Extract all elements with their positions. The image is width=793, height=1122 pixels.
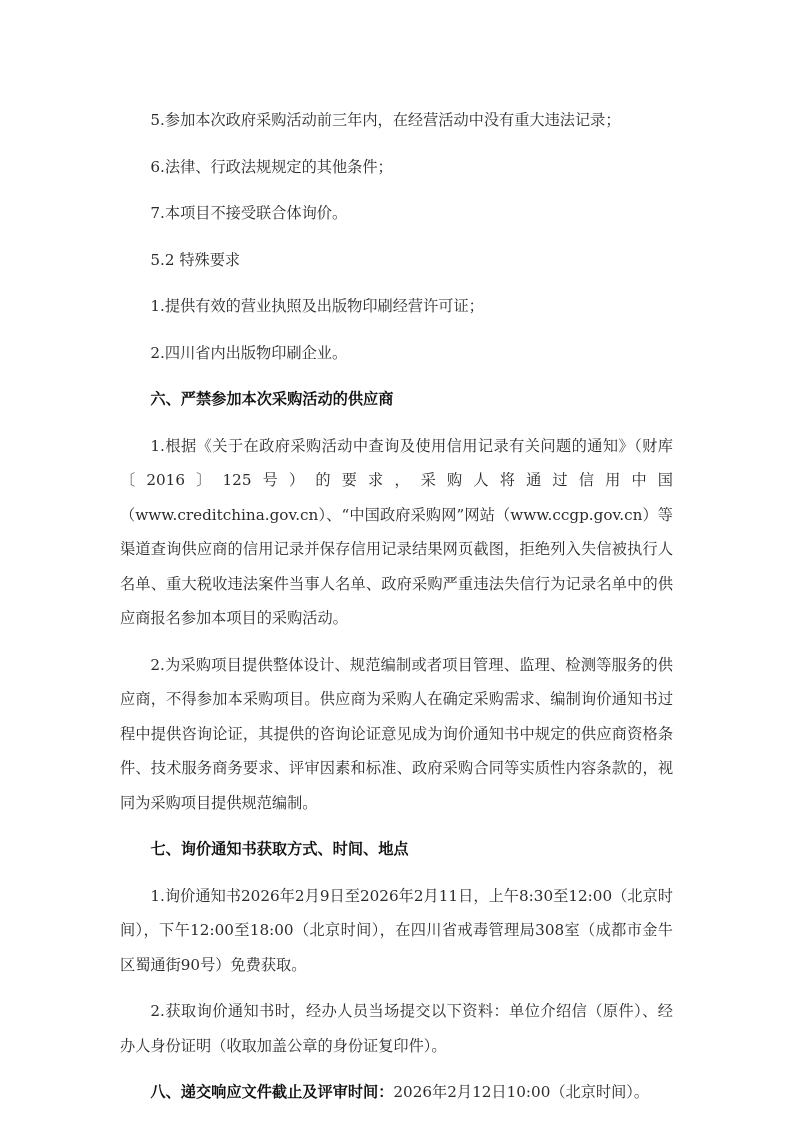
section-7-paragraph-1: 1.询价通知书2026年2月9日至2026年2月11日，上午8:30至12:00… <box>120 879 673 983</box>
section-8: 八、递交响应文件截止及评审时间：2026年2月12日10:00（北京时间）。 <box>120 1075 673 1110</box>
special-requirement-1: 1.提供有效的营业执照及出版物印刷经营许可证； <box>120 289 673 324</box>
requirement-item-5: 5.参加本次政府采购活动前三年内，在经营活动中没有重大违法记录； <box>120 103 673 138</box>
special-requirement-2: 2.四川省内出版物印刷企业。 <box>120 336 673 371</box>
special-requirements-title: 5.2 特殊要求 <box>120 243 673 278</box>
document-page: 5.参加本次政府采购活动前三年内，在经营活动中没有重大违法记录； 6.法律、行政… <box>120 103 673 1110</box>
section-6-paragraph-1: 1.根据《关于在政府采购活动中查询及使用信用记录有关问题的通知》（财库〔2016… <box>120 429 673 636</box>
section-7-paragraph-2: 2.获取询价通知书时，经办人员当场提交以下资料：单位介绍信（原件）、经办人身份证… <box>120 994 673 1063</box>
section-8-value: 2026年2月12日10:00（北京时间）。 <box>393 1083 649 1101</box>
section-7-heading: 七、询价通知书获取方式、时间、地点 <box>120 832 673 867</box>
requirement-item-6: 6.法律、行政法规规定的其他条件； <box>120 150 673 185</box>
section-6-paragraph-2: 2.为采购项目提供整体设计、规范编制或者项目管理、监理、检测等服务的供应商，不得… <box>120 648 673 821</box>
section-6-heading: 六、严禁参加本次采购活动的供应商 <box>120 382 673 417</box>
section-8-label: 八、递交响应文件截止及评审时间： <box>150 1083 393 1101</box>
requirement-item-7: 7.本项目不接受联合体询价。 <box>120 196 673 231</box>
